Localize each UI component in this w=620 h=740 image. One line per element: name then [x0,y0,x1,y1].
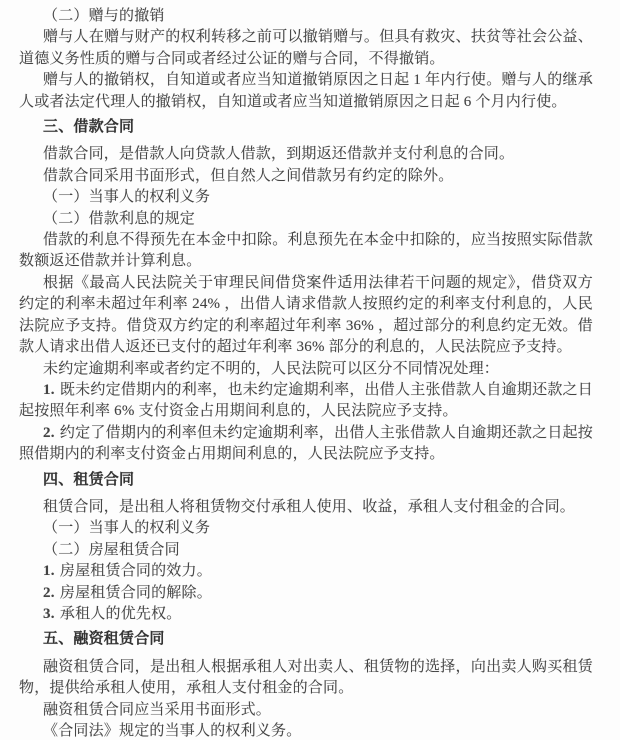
document-body: （二）赠与的撤销赠与人在赠与财产的权利转移之前可以撤销赠与。但具有救灾、扶贫等社… [19,6,593,740]
list-item-number: 1. [43,382,55,398]
list-item-text: 承租人的优先权。 [60,606,182,622]
paragraph: 融资租赁合同应当采用书面形式。 [19,700,593,721]
section-heading: 三、借款合同 [19,117,593,138]
list-item: 1.房屋租赁合同的效力。 [19,561,593,582]
list-item-text: 房屋租赁合同的效力。 [60,563,212,579]
section-heading: 五、融资租赁合同 [19,629,593,650]
paragraph: （二）借款利息的规定 [19,209,593,230]
list-item-text: 约定了借期内的利率但未约定逾期利率，出借人主张借款人自逾期还款之日起按照借期内的… [19,425,593,462]
paragraph: 租赁合同，是出租人将租赁物交付承租人使用、收益，承租人支付租金的合同。 [19,497,593,518]
list-item-number: 1. [43,563,55,579]
paragraph: （一）当事人的权利义务 [19,518,593,539]
section-heading: 四、租赁合同 [19,470,593,491]
paragraph: （一）当事人的权利义务 [19,187,593,208]
list-item-number: 2. [43,585,55,601]
list-item-number: 2. [43,425,55,441]
list-item: 2.约定了借期内的利率但未约定逾期利率，出借人主张借款人自逾期还款之日起按照借期… [19,423,593,466]
paragraph: 借款的利息不得预先在本金中扣除。利息预先在本金中扣除的，应当按照实际借款数额返还… [19,230,593,273]
paragraph: 赠与人的撤销权，自知道或者应当知道撤销原因之日起 1 年内行使。赠与人的继承人或… [19,70,593,113]
paragraph: 借款合同，是借款人向贷款人借款，到期返还借款并支付利息的合同。 [19,144,593,165]
paragraph: （二）赠与的撤销 [19,6,593,27]
list-item-text: 房屋租赁合同的解除。 [60,585,212,601]
paragraph: 《合同法》规定的当事人的权利义务。 [19,721,593,740]
document-page: （二）赠与的撤销赠与人在赠与财产的权利转移之前可以撤销赠与。但具有救灾、扶贫等社… [0,0,620,740]
list-item-number: 3. [43,606,55,622]
list-item: 1.既未约定借期内的利率，也未约定逾期利率，出借人主张借款人自逾期还款之日起按照… [19,380,593,423]
list-item: 3.承租人的优先权。 [19,604,593,625]
paragraph: 融资租赁合同，是出租人根据承租人对出卖人、租赁物的选择，向出卖人购买租赁物，提供… [19,657,593,700]
paragraph: 借款合同采用书面形式，但自然人之间借款另有约定的除外。 [19,166,593,187]
paragraph: 未约定逾期利率或者约定不明的，人民法院可以区分不同情况处理： [19,359,593,380]
paragraph: 根据《最高人民法院关于审理民间借贷案件适用法律若干问题的规定》，借贷双方约定的利… [19,273,593,359]
list-item: 2.房屋租赁合同的解除。 [19,583,593,604]
paragraph: 赠与人在赠与财产的权利转移之前可以撤销赠与。但具有救灾、扶贫等社会公益、道德义务… [19,27,593,70]
list-item-text: 既未约定借期内的利率，也未约定逾期利率，出借人主张借款人自逾期还款之日起按照年利… [19,382,593,419]
paragraph: （二）房屋租赁合同 [19,540,593,561]
